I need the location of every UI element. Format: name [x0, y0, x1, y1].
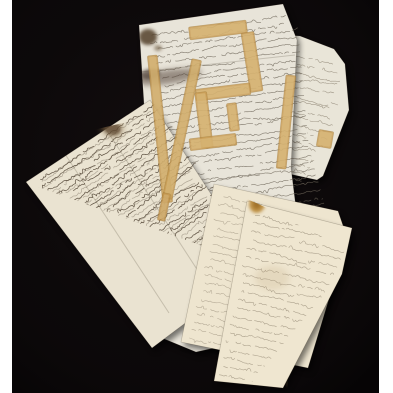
letters-photograph-frame [0, 0, 393, 393]
stain-corner-satellite [154, 45, 162, 51]
stain-front-blotch [255, 266, 289, 290]
tape-right-patch-highlight [318, 131, 332, 147]
letters-photograph [0, 0, 393, 393]
stain-corner-blot [139, 29, 157, 45]
tape-right-patch [316, 129, 334, 148]
